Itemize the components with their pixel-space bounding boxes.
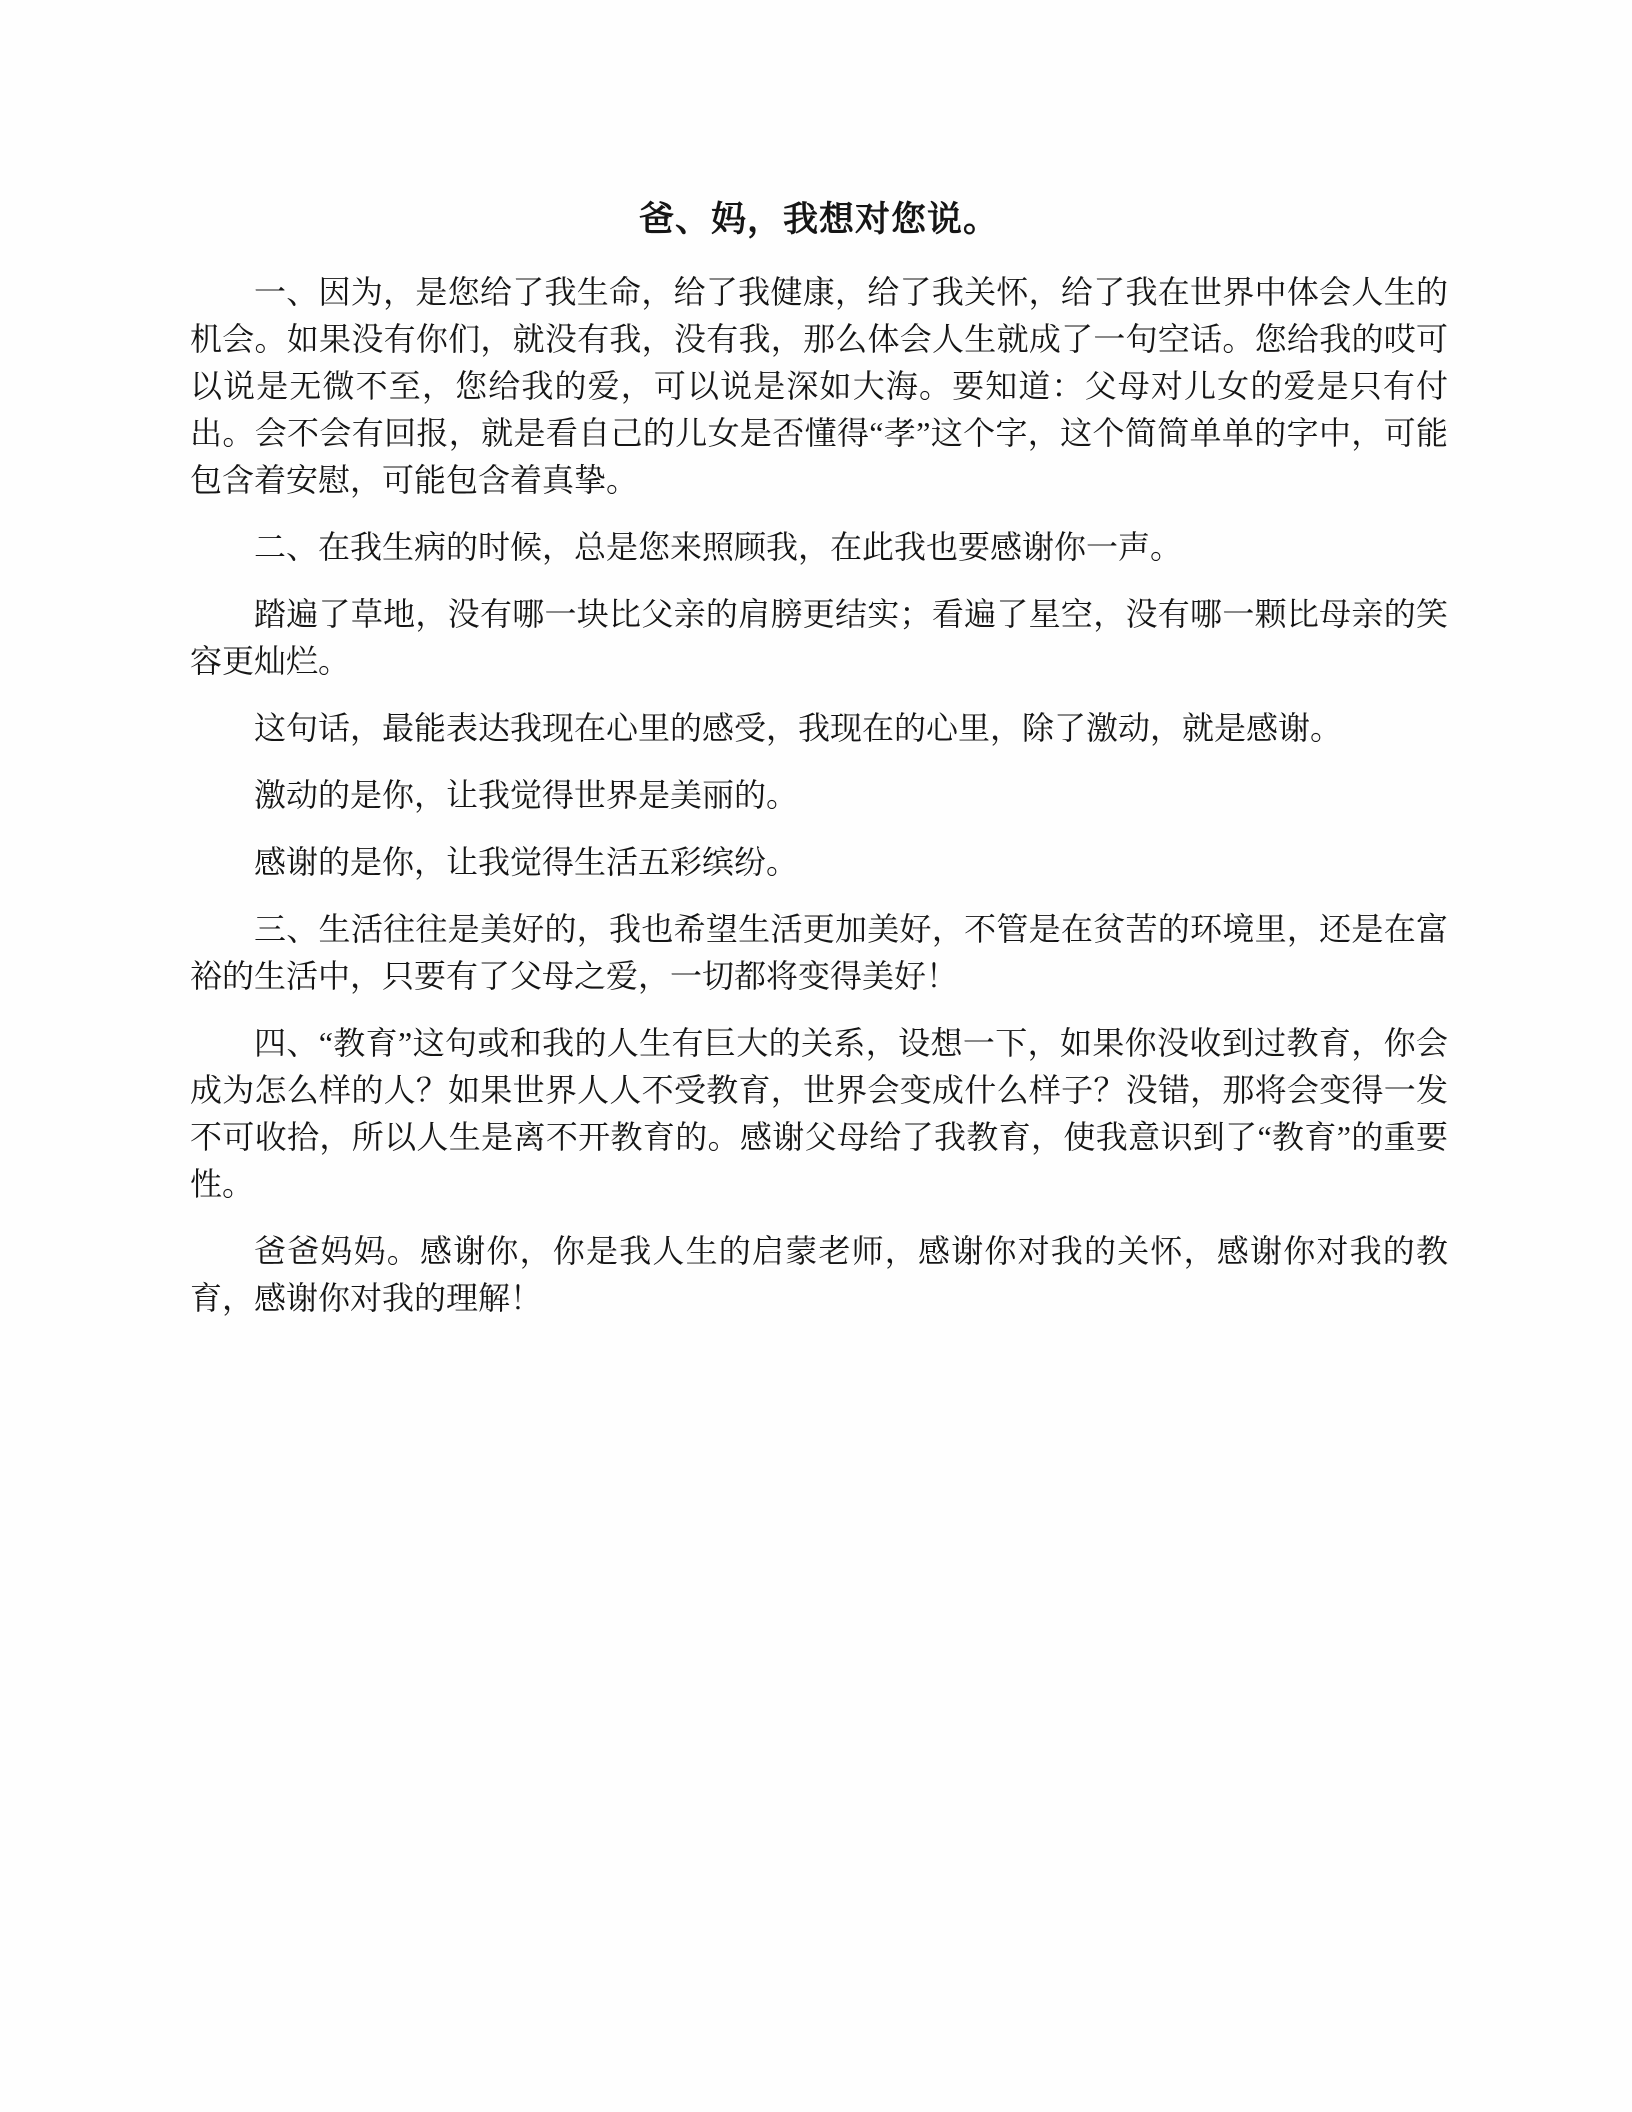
document-body: 一、因为，是您给了我生命，给了我健康，给了我关怀，给了我在世界中体会人生的机会。… [190, 269, 1448, 1322]
paragraph: 四、“教育”这句或和我的人生有巨大的关系，设想一下，如果你没收到过教育，你会成为… [190, 1020, 1448, 1208]
paragraph: 三、生活往往是美好的，我也希望生活更加美好，不管是在贫苦的环境里，还是在富裕的生… [190, 906, 1448, 1000]
paragraph: 激动的是你，让我觉得世界是美丽的。 [190, 772, 1448, 819]
document-title: 爸、妈，我想对您说。 [190, 196, 1448, 243]
paragraph: 一、因为，是您给了我生命，给了我健康，给了我关怀，给了我在世界中体会人生的机会。… [190, 269, 1448, 504]
paragraph: 感谢的是你，让我觉得生活五彩缤纷。 [190, 839, 1448, 886]
paragraph: 这句话，最能表达我现在心里的感受，我现在的心里，除了激动，就是感谢。 [190, 705, 1448, 752]
paragraph: 踏遍了草地，没有哪一块比父亲的肩膀更结实；看遍了星空，没有哪一颗比母亲的笑容更灿… [190, 591, 1448, 685]
paragraph: 二、在我生病的时候，总是您来照顾我，在此我也要感谢你一声。 [190, 524, 1448, 571]
paragraph: 爸爸妈妈。感谢你，你是我人生的启蒙老师，感谢你对我的关怀，感谢你对我的教育，感谢… [190, 1228, 1448, 1322]
document-page: 爸、妈，我想对您说。 一、因为，是您给了我生命，给了我健康，给了我关怀，给了我在… [0, 0, 1632, 2112]
